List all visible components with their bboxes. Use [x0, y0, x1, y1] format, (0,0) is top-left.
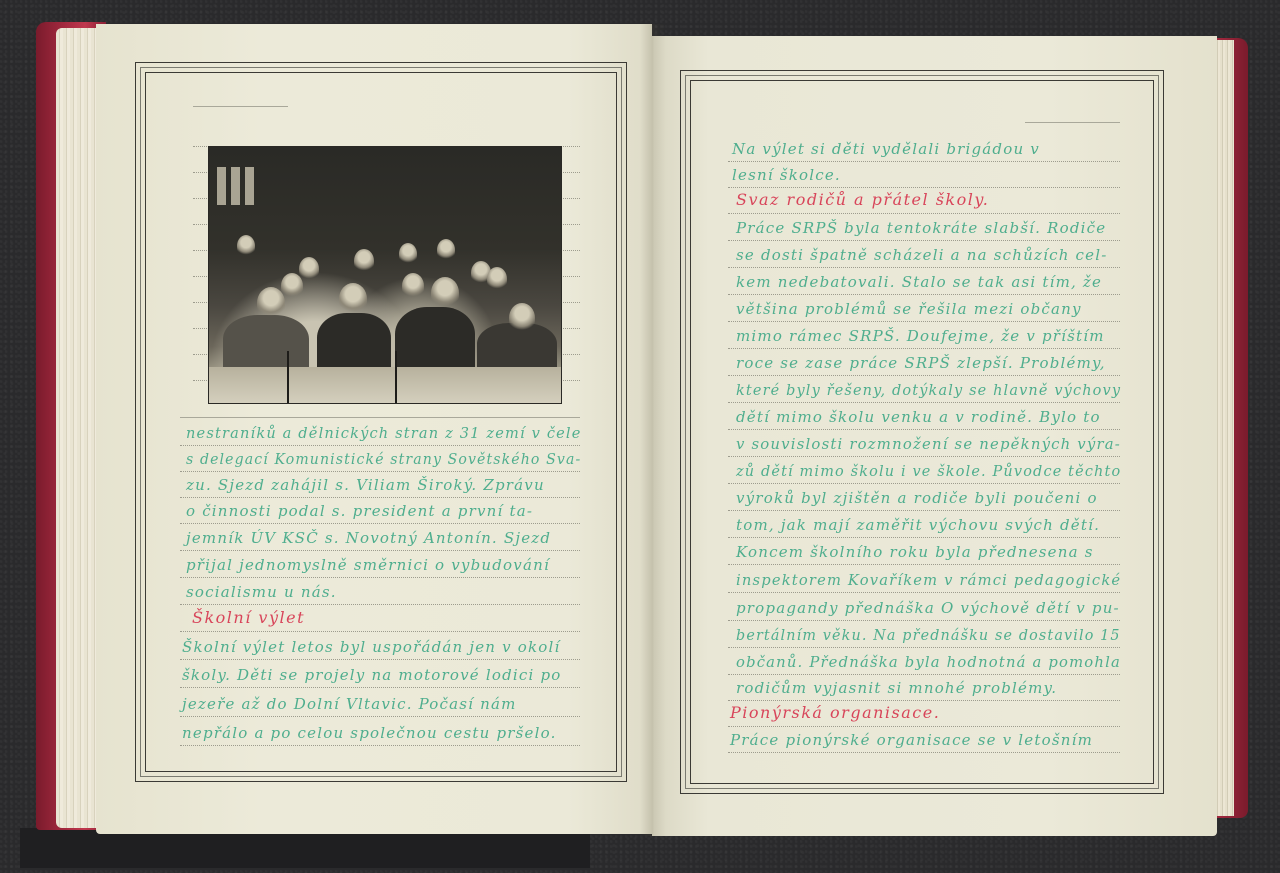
ruled-line — [728, 700, 1120, 701]
ruled-line — [180, 577, 580, 578]
handwritten-line: lesní školce. — [732, 166, 841, 184]
photo-figure — [431, 277, 459, 309]
handwritten-line: bertálním věku. Na přednášku se dostavil… — [736, 626, 1121, 644]
handwritten-line: nestraníků a dělnických stran z 31 zemí … — [186, 424, 582, 442]
handwritten-line: Práce pionýrské organisace se v letošním — [730, 731, 1093, 749]
ruled-line — [560, 276, 580, 277]
handwritten-line: Koncem školního roku byla přednesena s — [736, 543, 1094, 561]
ruled-line — [1025, 122, 1120, 123]
ruled-line — [180, 631, 580, 632]
handwritten-line: s delegací Komunistické strany Sovětskéh… — [186, 450, 581, 468]
handwritten-line: které byly řešeny, dotýkaly se hlavně vý… — [736, 381, 1121, 399]
ruled-line — [728, 674, 1120, 675]
ruled-line — [193, 224, 207, 225]
photo-figure — [281, 273, 303, 299]
newspaper-photo — [208, 146, 562, 404]
ruled-line — [193, 276, 207, 277]
section-heading-srps: Svaz rodičů a přátel školy. — [736, 190, 989, 209]
handwritten-line: o činnosti podal s. president a první ta… — [186, 502, 533, 520]
ruled-line — [560, 328, 580, 329]
photo-figure — [257, 287, 285, 319]
handwritten-line: socialismu u nás. — [186, 583, 337, 601]
ruled-line — [193, 354, 207, 355]
handwritten-line: Na výlet si děti vydělali brigádou v — [732, 140, 1040, 158]
ruled-line — [560, 302, 580, 303]
handwritten-line: inspektorem Kovaříkem v rámci pedagogick… — [736, 571, 1121, 589]
ruled-line — [560, 172, 580, 173]
ruled-line — [193, 250, 207, 251]
handwritten-line: propagandy přednáška O výchově dětí v pu… — [736, 599, 1120, 617]
ruled-line — [728, 187, 1120, 188]
ruled-line — [728, 375, 1120, 376]
book-gutter — [640, 24, 666, 836]
ruled-line — [728, 240, 1120, 241]
photo-figure-body — [223, 315, 309, 375]
photo-window — [217, 167, 226, 205]
photo-figure — [339, 283, 367, 315]
ruled-line — [728, 402, 1120, 403]
handwritten-line: zů dětí mimo školu i ve škole. Původce t… — [736, 462, 1121, 480]
ruled-line — [728, 510, 1120, 511]
handwritten-line: roce se zase práce SRPŠ zlepší. Problémy… — [736, 354, 1106, 372]
handwritten-line: Práce SRPŠ byla tentokráte slabší. Rodič… — [736, 219, 1106, 237]
ruled-line — [180, 445, 580, 446]
handwritten-line: občanů. Přednáška byla hodnotná a pomohl… — [736, 653, 1121, 671]
ruled-line — [193, 328, 207, 329]
ruled-line — [180, 716, 580, 717]
handwritten-line: přijal jednomyslně směrnici o vybudování — [186, 556, 550, 574]
photo-microphone — [287, 351, 289, 403]
ruled-line — [180, 550, 580, 551]
ruled-line — [193, 380, 207, 381]
photo-figure — [509, 303, 535, 333]
ruled-line — [728, 321, 1120, 322]
page-edges-left — [56, 28, 100, 828]
ruled-line — [560, 250, 580, 251]
ruled-line — [560, 146, 580, 147]
ruled-line — [728, 620, 1120, 621]
ruled-line — [193, 172, 207, 173]
ruled-line — [180, 659, 580, 660]
handwritten-line: Školní výlet letos byl uspořádán jen v o… — [182, 638, 561, 656]
photo-table — [209, 367, 561, 403]
handwritten-line: školy. Děti se projely na motorové lodic… — [182, 666, 561, 684]
ruled-line — [728, 564, 1120, 565]
handwritten-line: mimo rámec SRPŠ. Doufejme, že v příštím — [736, 327, 1105, 345]
ruled-line — [180, 523, 580, 524]
ruled-line — [728, 752, 1120, 753]
ruled-line — [180, 687, 580, 688]
photo-window — [245, 167, 254, 205]
ruled-line — [728, 348, 1120, 349]
ruled-line — [180, 745, 580, 746]
ruled-line — [728, 429, 1120, 430]
photo-figure — [399, 243, 417, 265]
photo-figure-body — [317, 313, 391, 375]
handwritten-line: rodičům vyjasnit si mnohé problémy. — [736, 679, 1057, 697]
ruled-line — [560, 224, 580, 225]
section-heading-pionyrska-organisace: Pionýrská organisace. — [730, 703, 940, 722]
handwritten-line: dětí mimo školu venku a v rodině. Bylo t… — [736, 408, 1101, 426]
ruled-line — [728, 456, 1120, 457]
ruled-line — [193, 106, 288, 107]
ruled-line — [728, 483, 1120, 484]
ruled-line — [728, 537, 1120, 538]
photo-figure — [354, 249, 374, 273]
ruled-line — [560, 198, 580, 199]
handwritten-line: zu. Sjezd zahájil s. Viliam Široký. Zprá… — [186, 476, 545, 494]
handwritten-line: jezeře až do Dolní Vltavic. Počasí nám — [182, 695, 517, 713]
ruled-line — [180, 417, 580, 418]
ruled-line — [180, 471, 580, 472]
photo-figure — [437, 239, 455, 261]
handwritten-line: tom, jak mají zaměřit výchovu svých dětí… — [736, 516, 1100, 534]
handwritten-line: kem nedebatovali. Stalo se tak asi tím, … — [736, 273, 1102, 291]
ruled-line — [180, 497, 580, 498]
section-heading-skolni-vylet: Školní výlet — [192, 608, 305, 627]
photo-microphone — [395, 351, 397, 403]
photo-window — [231, 167, 240, 205]
ruled-line — [728, 726, 1120, 727]
photo-figure-body — [395, 307, 475, 375]
handwritten-line: většina problémů se řešila mezi občany — [736, 300, 1082, 318]
ruled-line — [728, 592, 1120, 593]
ruled-line — [728, 161, 1120, 162]
ruled-line — [193, 302, 207, 303]
handwritten-line: nepřálo a po celou společnou cestu pršel… — [182, 724, 557, 742]
photo-figure — [299, 257, 319, 281]
photo-figure — [237, 235, 255, 257]
book-shadow — [20, 828, 590, 868]
ruled-line — [193, 146, 207, 147]
ruled-line — [728, 647, 1120, 648]
book-spread: nestraníků a dělnických stran z 31 zemí … — [0, 0, 1280, 873]
ruled-line — [193, 198, 207, 199]
ruled-line — [728, 213, 1120, 214]
ruled-line — [728, 267, 1120, 268]
photo-figure — [487, 267, 507, 291]
handwritten-line: jemník ÚV KSČ s. Novotný Antonín. Sjezd — [186, 529, 551, 547]
photo-figure — [402, 273, 424, 299]
ruled-line — [560, 354, 580, 355]
ruled-line — [560, 380, 580, 381]
handwritten-line: v souvislosti rozmnožení se nepěkných vý… — [736, 435, 1121, 453]
ruled-line — [728, 294, 1120, 295]
ruled-line — [180, 604, 580, 605]
handwritten-line: se dosti špatně scházeli a na schůzích c… — [736, 246, 1107, 264]
handwritten-line: výroků byl zjištěn a rodiče byli poučeni… — [736, 489, 1098, 507]
